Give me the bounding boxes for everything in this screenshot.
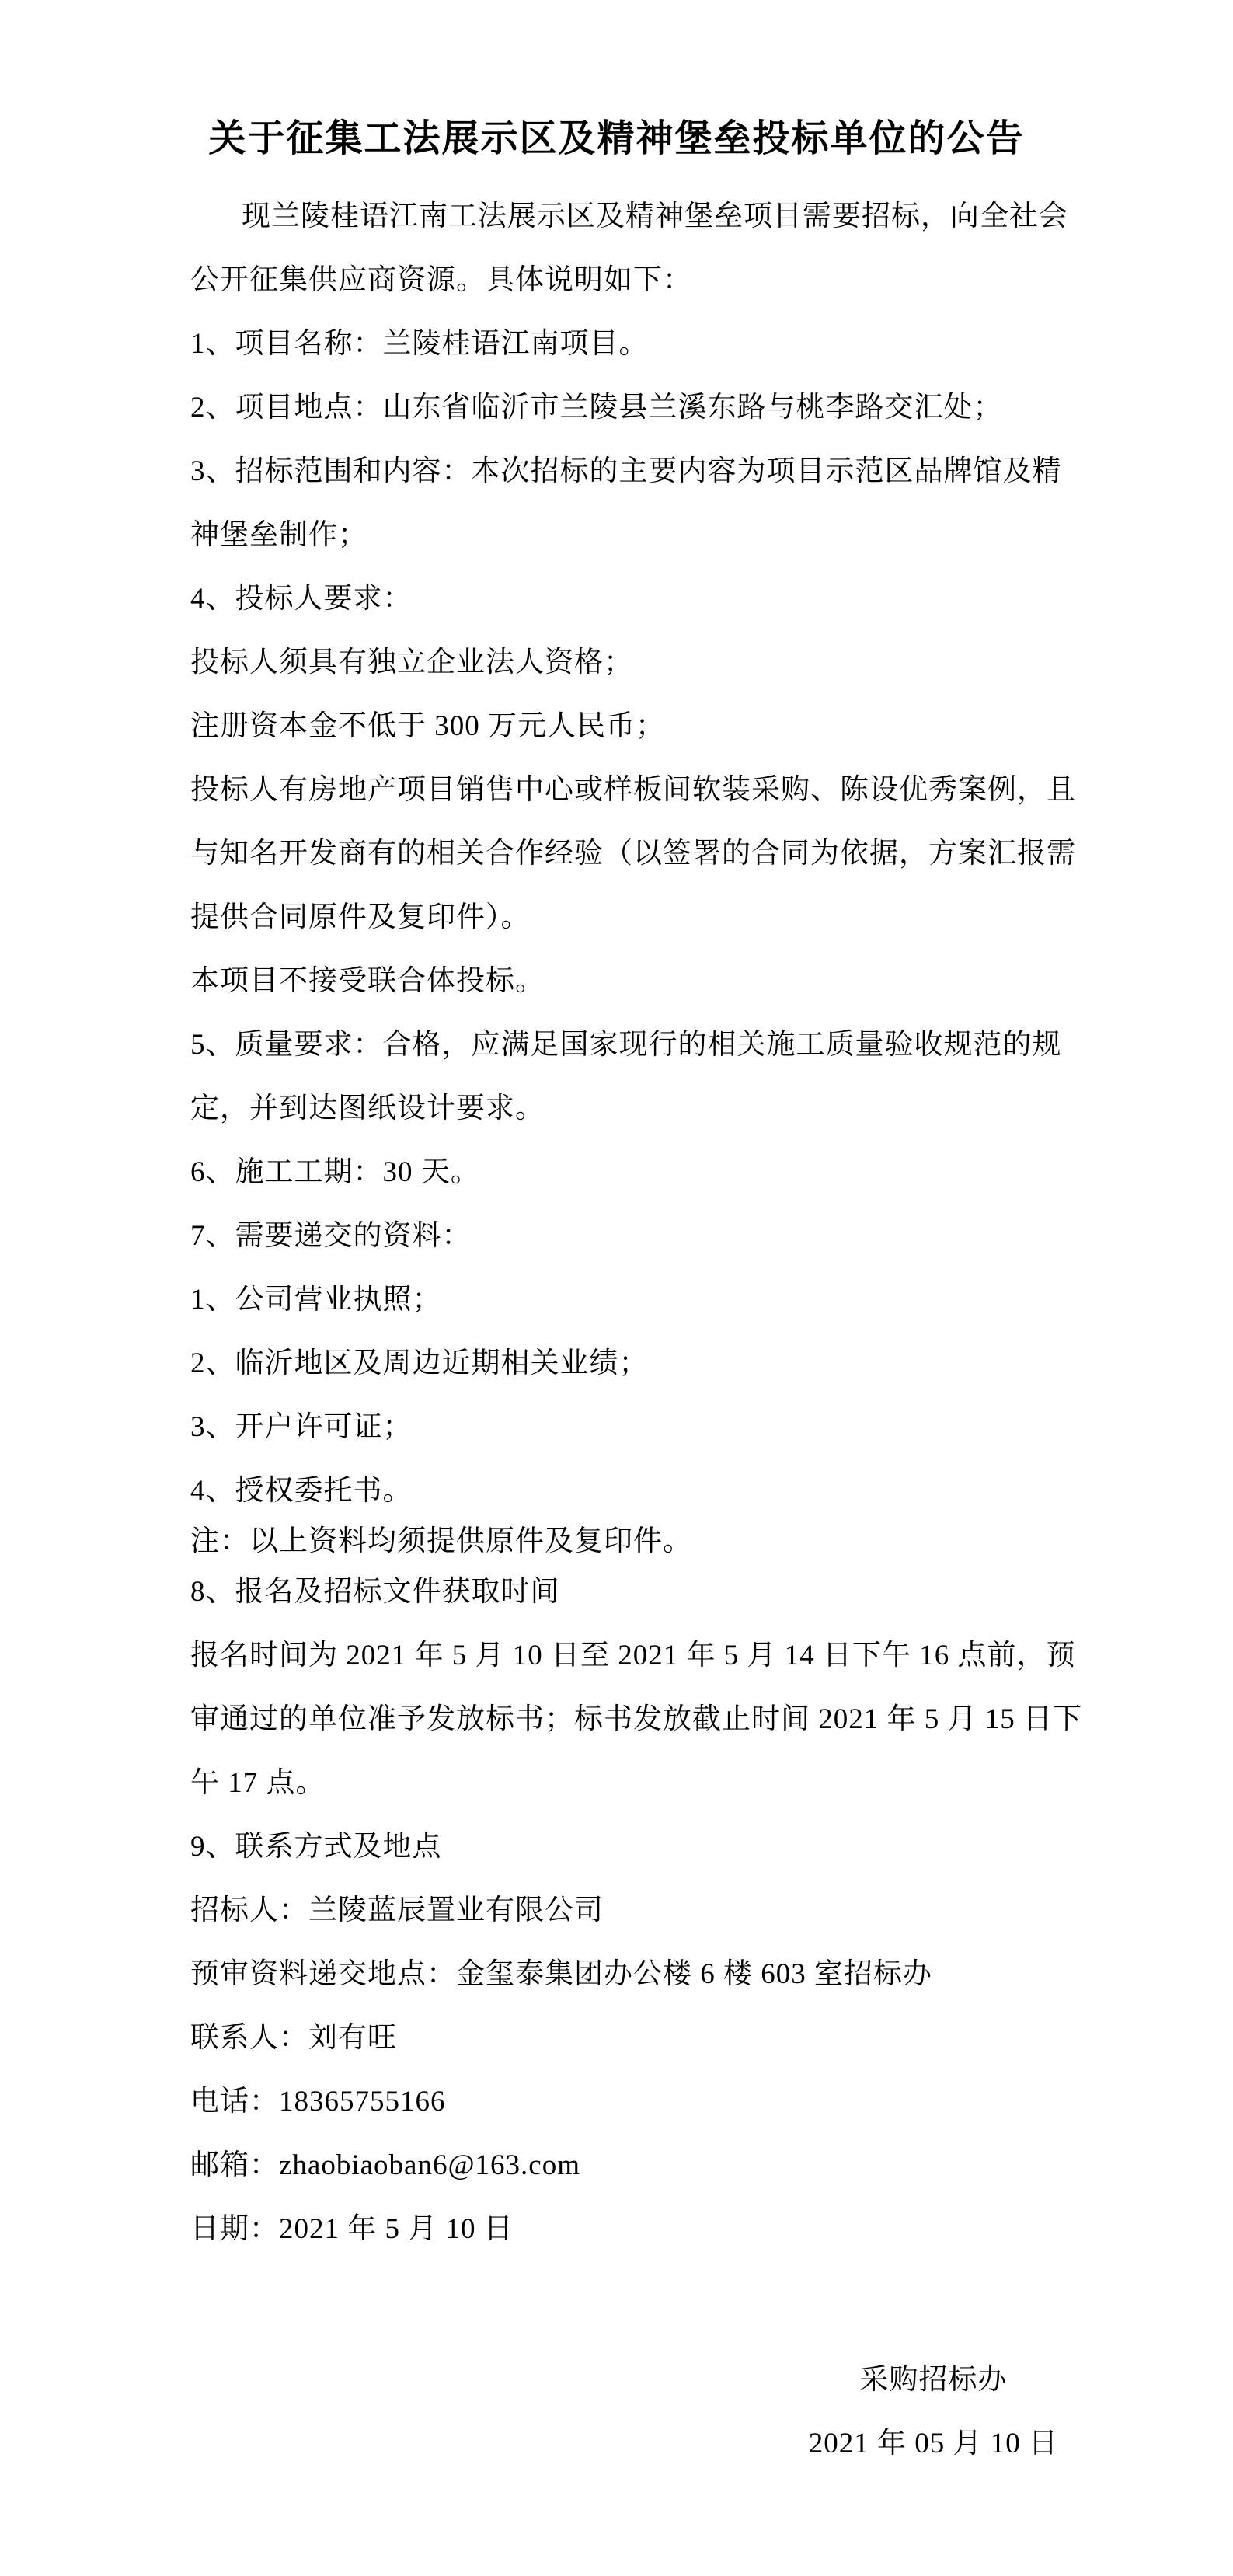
signature-date: 2021 年 05 月 10 日	[809, 2412, 1058, 2476]
text-line: 投标人须具有独立企业法人资格；	[190, 631, 1047, 695]
text-line: 4、投标人要求：	[190, 567, 1047, 631]
text-line: 1、项目名称：兰陵桂语江南项目。	[190, 312, 1047, 376]
text-line: 1、公司营业执照；	[190, 1268, 1047, 1332]
signature-block: 采购招标办 2021 年 05 月 10 日	[809, 2348, 1058, 2476]
text-line: 审通过的单位准予发放标书；标书发放截止时间 2021 年 5 月 15 日下	[190, 1688, 1047, 1752]
text-line: 公开征集供应商资源。具体说明如下：	[190, 249, 1047, 312]
text-line: 2、项目地点：山东省临沂市兰陵县兰溪东路与桃李路交汇处；	[190, 376, 1047, 440]
text-line: 8、报名及招标文件获取时间	[190, 1560, 1047, 1624]
text-line: 9、联系方式及地点	[190, 1815, 1047, 1879]
text-line: 6、施工工期：30 天。	[190, 1141, 1047, 1204]
text-line: 4、授权委托书。	[190, 1459, 1047, 1523]
text-line: 午 17 点。	[190, 1752, 1047, 1815]
text-line: 2、临沂地区及周边近期相关业绩；	[190, 1332, 1047, 1396]
text-line: 报名时间为 2021 年 5 月 10 日至 2021 年 5 月 14 日下午…	[190, 1624, 1047, 1688]
text-line: 日期：2021 年 5 月 10 日	[190, 2198, 1047, 2261]
text-line: 本项目不接受联合体投标。	[190, 950, 1047, 1013]
text-line: 定，并到达图纸设计要求。	[190, 1077, 1047, 1141]
signature-org: 采购招标办	[809, 2348, 1058, 2412]
text-line: 预审资料递交地点：金玺泰集团办公楼 6 楼 603 室招标办	[190, 1943, 1047, 2006]
text-line: 7、需要递交的资料：	[190, 1204, 1047, 1268]
text-line: 注：以上资料均须提供原件及复印件。	[190, 1523, 1047, 1560]
page-title: 关于征集工法展示区及精神堡垒投标单位的公告	[0, 0, 1233, 165]
text-line: 电话：18365755166	[190, 2070, 1047, 2134]
text-line: 神堡垒制作；	[190, 504, 1047, 567]
text-line: 联系人：刘有旺	[190, 2006, 1047, 2070]
text-line: 3、招标范围和内容：本次招标的主要内容为项目示范区品牌馆及精	[190, 440, 1047, 504]
text-line: 招标人：兰陵蓝辰置业有限公司	[190, 1879, 1047, 1943]
text-line: 与知名开发商有的相关合作经验（以签署的合同为依据，方案汇报需	[190, 822, 1047, 886]
document-page: 关于征集工法展示区及精神堡垒投标单位的公告 现兰陵桂语江南工法展示区及精神堡垒项…	[0, 0, 1233, 2576]
text-line: 邮箱：zhaobiaoban6@163.com	[190, 2134, 1047, 2198]
text-line: 3、开户许可证；	[190, 1396, 1047, 1459]
text-line: 注册资本金不低于 300 万元人民币；	[190, 695, 1047, 758]
text-line: 5、质量要求：合格，应满足国家现行的相关施工质量验收规范的规	[190, 1013, 1047, 1077]
text-line: 投标人有房地产项目销售中心或样板间软装采购、陈设优秀案例，且	[190, 758, 1047, 822]
document-body: 现兰陵桂语江南工法展示区及精神堡垒项目需要招标，向全社会公开征集供应商资源。具体…	[190, 185, 1047, 2261]
text-line: 提供合同原件及复印件）。	[190, 886, 1047, 950]
text-line: 现兰陵桂语江南工法展示区及精神堡垒项目需要招标，向全社会	[190, 185, 1047, 249]
